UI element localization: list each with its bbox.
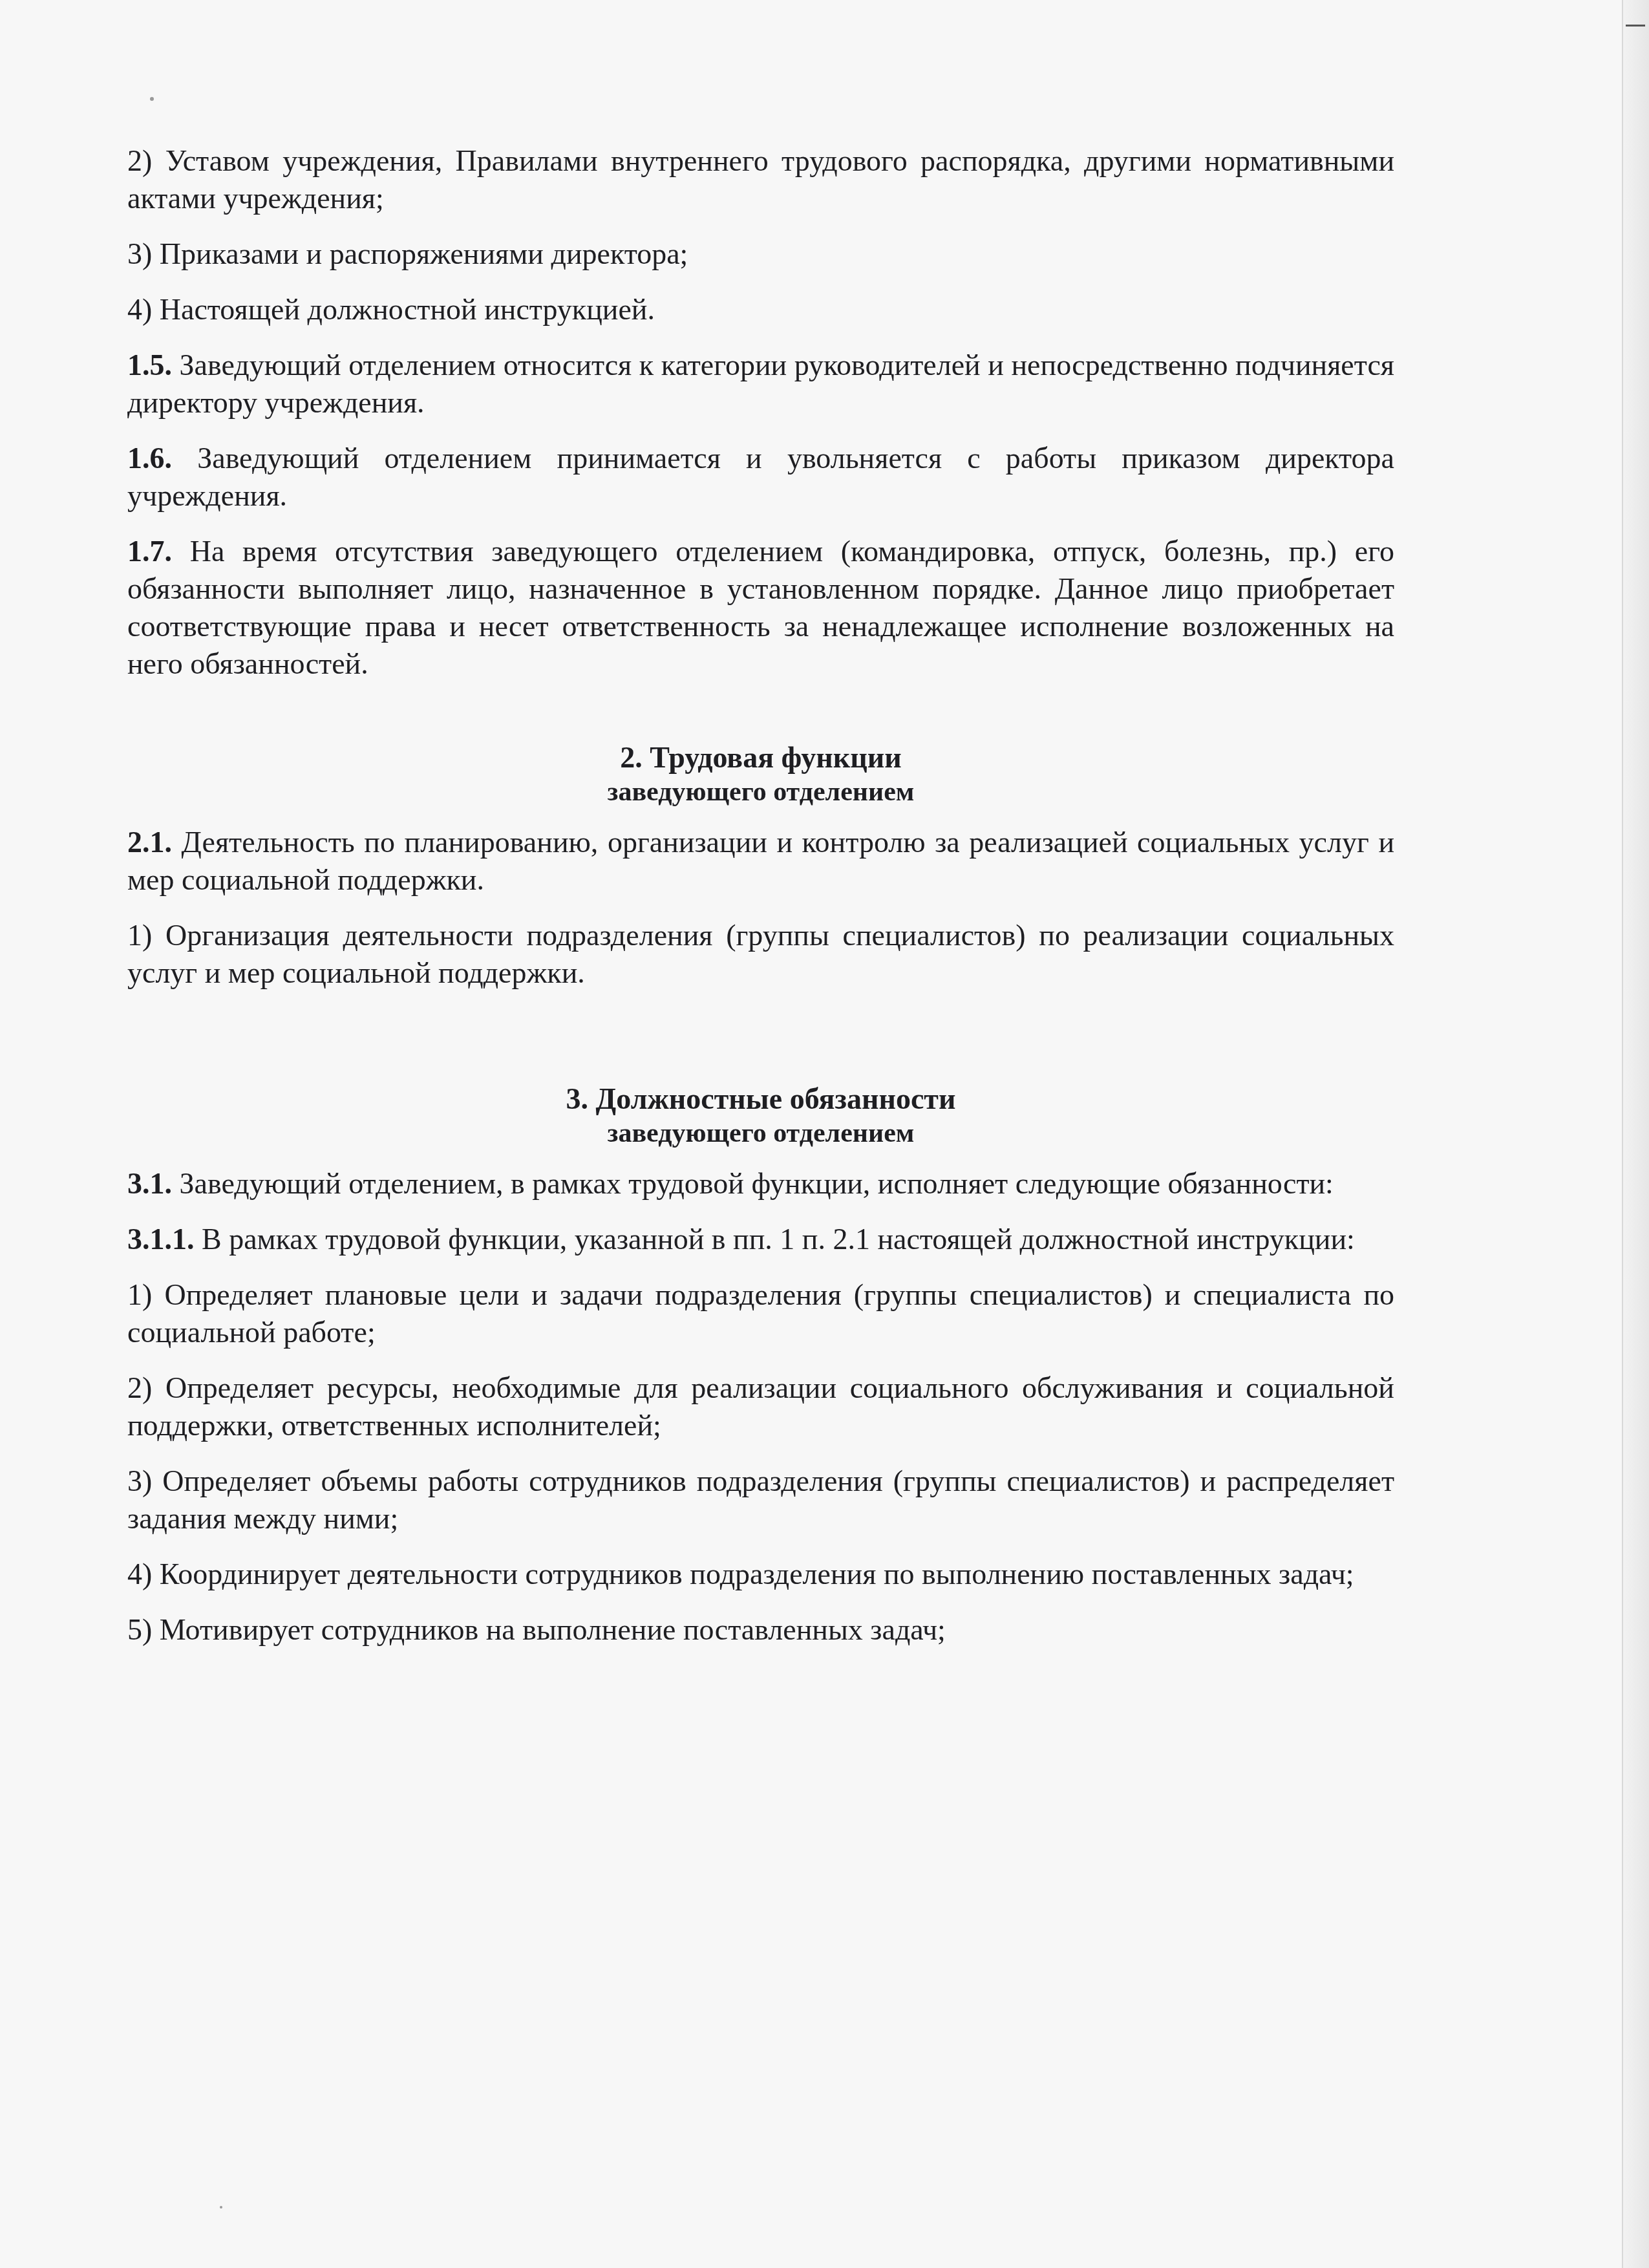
scanned-page: 2) Уставом учреждения, Правилами внутрен… (0, 0, 1649, 2268)
paragraph: 1.7. На время отсутствия заведующего отд… (127, 533, 1394, 683)
page-edge-shadow (1622, 0, 1649, 2268)
paragraph: 4) Настоящей должностной инструкцией. (127, 291, 1394, 328)
paragraph: 1) Организация деятельности подразделени… (127, 917, 1394, 992)
scan-speck (150, 97, 154, 101)
section-title: 2. Трудовая функции (127, 740, 1394, 776)
paragraph: 2) Уставом учреждения, Правилами внутрен… (127, 142, 1394, 217)
section-subtitle: заведующего отделением (127, 776, 1394, 808)
section-subtitle: заведующего отделением (127, 1117, 1394, 1150)
document-body: 2) Уставом учреждения, Правилами внутрен… (127, 142, 1394, 1667)
paragraph: 5) Мотивирует сотрудников на выполнение … (127, 1611, 1394, 1649)
paragraph: 3.1.1. В рамках трудовой функции, указан… (127, 1221, 1394, 1258)
paragraph: 1.6. Заведующий отделением принимается и… (127, 440, 1394, 515)
paragraph: 3) Определяет объемы работы сотрудников … (127, 1462, 1394, 1537)
paragraph: 3) Приказами и распоряжениями директора; (127, 235, 1394, 273)
paragraph: 1) Определяет плановые цели и задачи под… (127, 1276, 1394, 1351)
section-title: 3. Должностные обязанности (127, 1081, 1394, 1117)
scan-speck (220, 2206, 222, 2209)
paragraph: 3.1. Заведующий отделением, в рамках тру… (127, 1165, 1394, 1203)
section-heading: 2. Трудовая функции заведующего отделени… (127, 740, 1394, 808)
paragraph: 2) Определяет ресурсы, необходимые для р… (127, 1369, 1394, 1444)
paragraph: 2.1. Деятельность по планированию, орган… (127, 824, 1394, 899)
paragraph: 4) Координирует деятельности сотрудников… (127, 1556, 1394, 1593)
section-heading: 3. Должностные обязанности заведующего о… (127, 1081, 1394, 1150)
paragraph: 1.5. Заведующий отделением относится к к… (127, 347, 1394, 422)
